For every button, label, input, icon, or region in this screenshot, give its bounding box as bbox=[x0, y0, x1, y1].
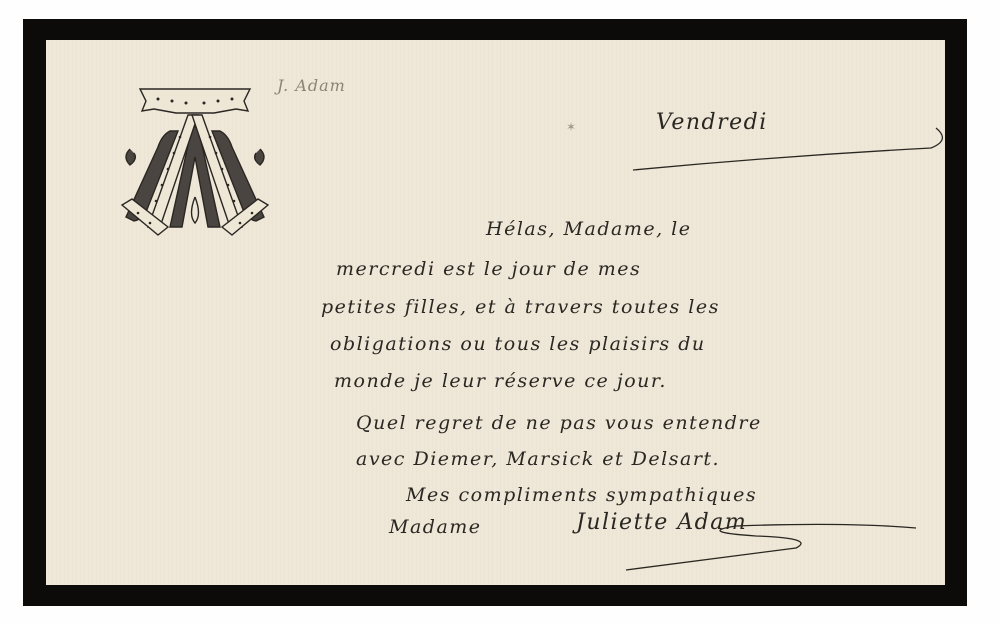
letter-line-8: Mes compliments sympathiques bbox=[406, 484, 757, 506]
letter-line-7: avec Diemer, Marsick et Delsart. bbox=[356, 448, 720, 470]
date-underline-flourish bbox=[631, 120, 951, 180]
monogram-icon bbox=[118, 87, 272, 243]
letter-line-9: Madame bbox=[389, 516, 482, 538]
letter-line-2: mercredi est le jour de mes bbox=[336, 258, 641, 280]
letter-line-5: monde je leur réserve ce jour. bbox=[334, 370, 667, 392]
letter-line-1: Hélas, Madame, le bbox=[486, 218, 691, 240]
letter-scan: J. Adam ✶ Vendredi Hélas, Madame, le mer… bbox=[0, 0, 1000, 624]
letter-line-3: petites filles, et à travers toutes les bbox=[321, 296, 720, 318]
letter-paper: J. Adam ✶ Vendredi Hélas, Madame, le mer… bbox=[46, 40, 945, 585]
letter-line-6: Quel regret de ne pas vous entendre bbox=[356, 412, 762, 434]
letter-line-4: obligations ou tous les plaisirs du bbox=[330, 333, 706, 355]
signature-flourish bbox=[586, 508, 926, 578]
small-pencil-mark: ✶ bbox=[566, 120, 576, 134]
pencil-annotation: J. Adam bbox=[277, 76, 346, 95]
